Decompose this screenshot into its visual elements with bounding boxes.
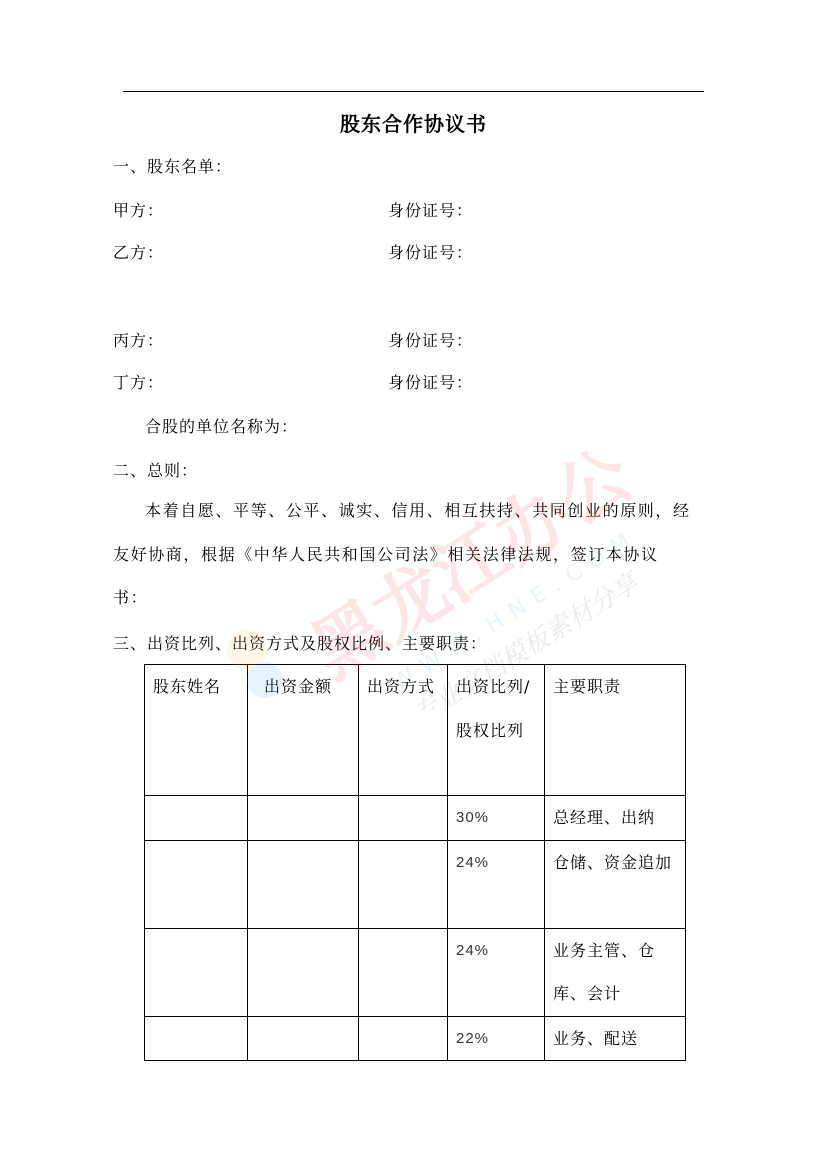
table-row: 24% 业务主管、仓库、会计 (145, 928, 686, 1016)
header-duty: 主要职责 (545, 665, 686, 796)
document-title: 股东合作协议书 (0, 108, 827, 137)
party-a-label: 甲方： (113, 200, 164, 222)
cell-name (145, 796, 248, 841)
section3-heading: 三、出资比列、出资方式及股权比例、主要职责： (113, 633, 487, 655)
table-header-row: 股东姓名 出资金额 出资方式 出资比列/股权比列 主要职责 (145, 665, 686, 796)
header-ratio: 出资比列/股权比列 (448, 665, 545, 796)
cell-name (145, 928, 248, 1016)
cell-method (359, 928, 448, 1016)
table-row: 22% 业务、配送 (145, 1016, 686, 1061)
header-amount: 出资金额 (248, 665, 359, 796)
cell-amount (248, 1016, 359, 1061)
party-c-label: 丙方： (113, 330, 164, 352)
header-name: 股东姓名 (145, 665, 248, 796)
party-c-id-label: 身份证号： (388, 330, 473, 352)
section2-body: 本着自愿、平等、公平、诚实、信用、相互扶持、共同创业的原则，经友好协商，根据《中… (113, 489, 693, 620)
table-row: 24% 仓储、资金追加 (145, 840, 686, 928)
cell-method (359, 840, 448, 928)
party-b-label: 乙方： (113, 242, 164, 264)
section1-heading: 一、股东名单： (113, 156, 232, 178)
unit-name-label: 合股的单位名称为： (145, 416, 298, 438)
cell-name (145, 840, 248, 928)
cell-name (145, 1016, 248, 1061)
header-method: 出资方式 (359, 665, 448, 796)
cell-ratio: 24% (448, 840, 545, 928)
cell-amount (248, 796, 359, 841)
party-a-id-label: 身份证号： (388, 200, 473, 222)
cell-ratio: 22% (448, 1016, 545, 1061)
section2-heading: 二、总则： (113, 460, 198, 482)
cell-amount (248, 840, 359, 928)
party-d-id-label: 身份证号： (388, 372, 473, 394)
party-b-id-label: 身份证号： (388, 242, 473, 264)
party-d-label: 丁方： (113, 372, 164, 394)
cell-amount (248, 928, 359, 1016)
table-row: 30% 总经理、出纳 (145, 796, 686, 841)
cell-method (359, 1016, 448, 1061)
header-rule (123, 91, 704, 92)
cell-duty: 总经理、出纳 (545, 796, 686, 841)
cell-method (359, 796, 448, 841)
cell-ratio: 30% (448, 796, 545, 841)
cell-duty: 业务主管、仓库、会计 (545, 928, 686, 1016)
cell-duty: 仓储、资金追加 (545, 840, 686, 928)
cell-duty: 业务、配送 (545, 1016, 686, 1061)
shareholder-table: 股东姓名 出资金额 出资方式 出资比列/股权比列 主要职责 30% 总经理、出纳… (144, 664, 686, 1061)
cell-ratio: 24% (448, 928, 545, 1016)
